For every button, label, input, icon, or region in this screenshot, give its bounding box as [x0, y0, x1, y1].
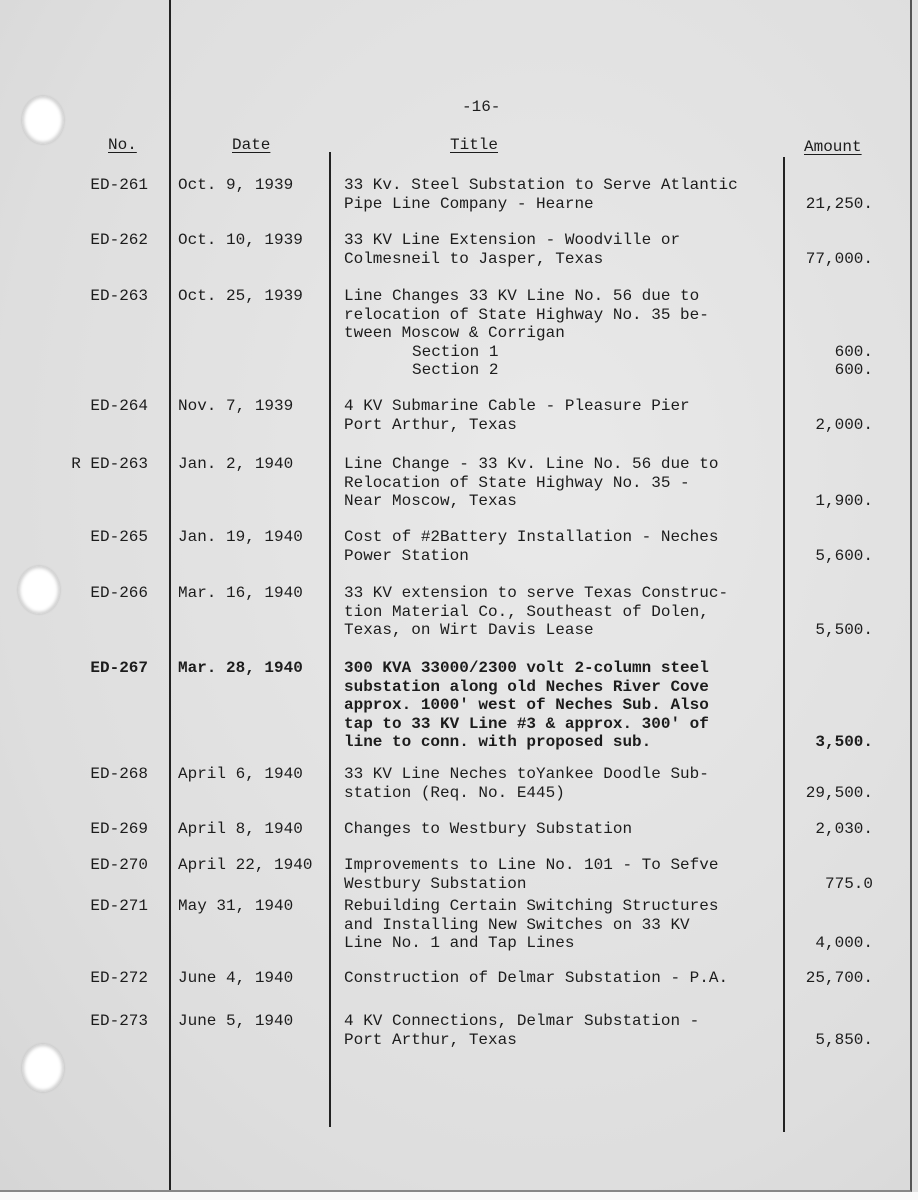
punch-hole: [22, 96, 64, 144]
entry-date: June 5, 1940: [178, 1012, 293, 1031]
entry-amount: 5,850.: [778, 1031, 873, 1050]
section-label: Section 2: [412, 361, 498, 380]
entry-title: Construction of Delmar Substation - P.A.: [344, 969, 728, 988]
punch-hole: [18, 566, 60, 614]
entry-date: Jan. 2, 1940: [178, 455, 293, 474]
punch-hole: [22, 1044, 64, 1092]
entry-amount: 4,000.: [778, 934, 873, 953]
header-no: No.: [108, 136, 137, 154]
entry-number: ED-263: [58, 287, 148, 306]
page-number: -16-: [462, 98, 500, 116]
entry-title: Line Change - 33 Kv. Line No. 56 due to …: [344, 455, 718, 511]
entry-number: R ED-263: [58, 455, 148, 474]
entry-amount: 21,250.: [778, 195, 873, 214]
entry-title: 300 KVA 33000/2300 volt 2-column steel s…: [344, 659, 709, 752]
entry-amount: 5,500.: [778, 621, 873, 640]
entry-number: ED-267: [58, 659, 148, 678]
entry-number: ED-265: [58, 528, 148, 547]
entry-number: ED-273: [58, 1012, 148, 1031]
entry-number: ED-268: [58, 765, 148, 784]
entry-date: Mar. 16, 1940: [178, 584, 303, 603]
entry-amount: 25,700.: [778, 969, 873, 988]
entry-number: ED-261: [58, 176, 148, 195]
header-amount: Amount: [804, 138, 862, 156]
entry-date: Oct. 9, 1939: [178, 176, 293, 195]
entry-number: ED-270: [58, 856, 148, 875]
entry-number: ED-262: [58, 231, 148, 250]
entry-amount: 2,000.: [778, 416, 873, 435]
entry-number: ED-271: [58, 897, 148, 916]
entry-number: ED-266: [58, 584, 148, 603]
entry-title: 33 KV Line Neches toYankee Doodle Sub- s…: [344, 765, 709, 802]
entry-title: 4 KV Submarine Cable - Pleasure Pier Por…: [344, 397, 690, 434]
entry-date: April 22, 1940: [178, 856, 312, 875]
entry-number: ED-269: [58, 820, 148, 839]
entry-title: Improvements to Line No. 101 - To Sefve …: [344, 856, 718, 893]
entry-title: 4 KV Connections, Delmar Substation - Po…: [344, 1012, 699, 1049]
entry-amount: 2,030.: [778, 820, 873, 839]
entry-date: Jan. 19, 1940: [178, 528, 303, 547]
entry-amount: 3,500.: [778, 733, 873, 752]
entry-date: April 6, 1940: [178, 765, 303, 784]
header-date: Date: [232, 136, 270, 154]
entry-date: Oct. 10, 1939: [178, 231, 303, 250]
entry-amount: 1,900.: [778, 492, 873, 511]
section-amount: 600.: [778, 343, 873, 362]
column-divider-no-date: [169, 0, 171, 1190]
section-amount: 600.: [778, 361, 873, 380]
entry-date: April 8, 1940: [178, 820, 303, 839]
entry-date: Oct. 25, 1939: [178, 287, 303, 306]
entry-title: 33 Kv. Steel Substation to Serve Atlanti…: [344, 176, 738, 213]
entry-number: ED-272: [58, 969, 148, 988]
entry-title: 33 KV extension to serve Texas Construc-…: [344, 584, 728, 640]
header-title: Title: [450, 136, 498, 154]
entry-amount: 775.0: [778, 875, 873, 894]
entry-title: 33 KV Line Extension - Woodville or Colm…: [344, 231, 680, 268]
page-edge: [0, 1192, 918, 1200]
entry-title: Cost of #2Battery Installation - Neches …: [344, 528, 718, 565]
entry-date: Mar. 28, 1940: [178, 659, 303, 678]
entry-title: Rebuilding Certain Switching Structures …: [344, 897, 718, 953]
entry-amount: 29,500.: [778, 784, 873, 803]
entry-date: May 31, 1940: [178, 897, 293, 916]
entry-number: ED-264: [58, 397, 148, 416]
entry-amount: 5,600.: [778, 547, 873, 566]
section-label: Section 1: [412, 343, 498, 362]
entry-title: Line Changes 33 KV Line No. 56 due to re…: [344, 287, 709, 343]
entry-date: Nov. 7, 1939: [178, 397, 293, 416]
entry-title: Changes to Westbury Substation: [344, 820, 632, 839]
entry-date: June 4, 1940: [178, 969, 293, 988]
column-divider-date-title: [329, 152, 331, 1127]
entry-amount: 77,000.: [778, 250, 873, 269]
